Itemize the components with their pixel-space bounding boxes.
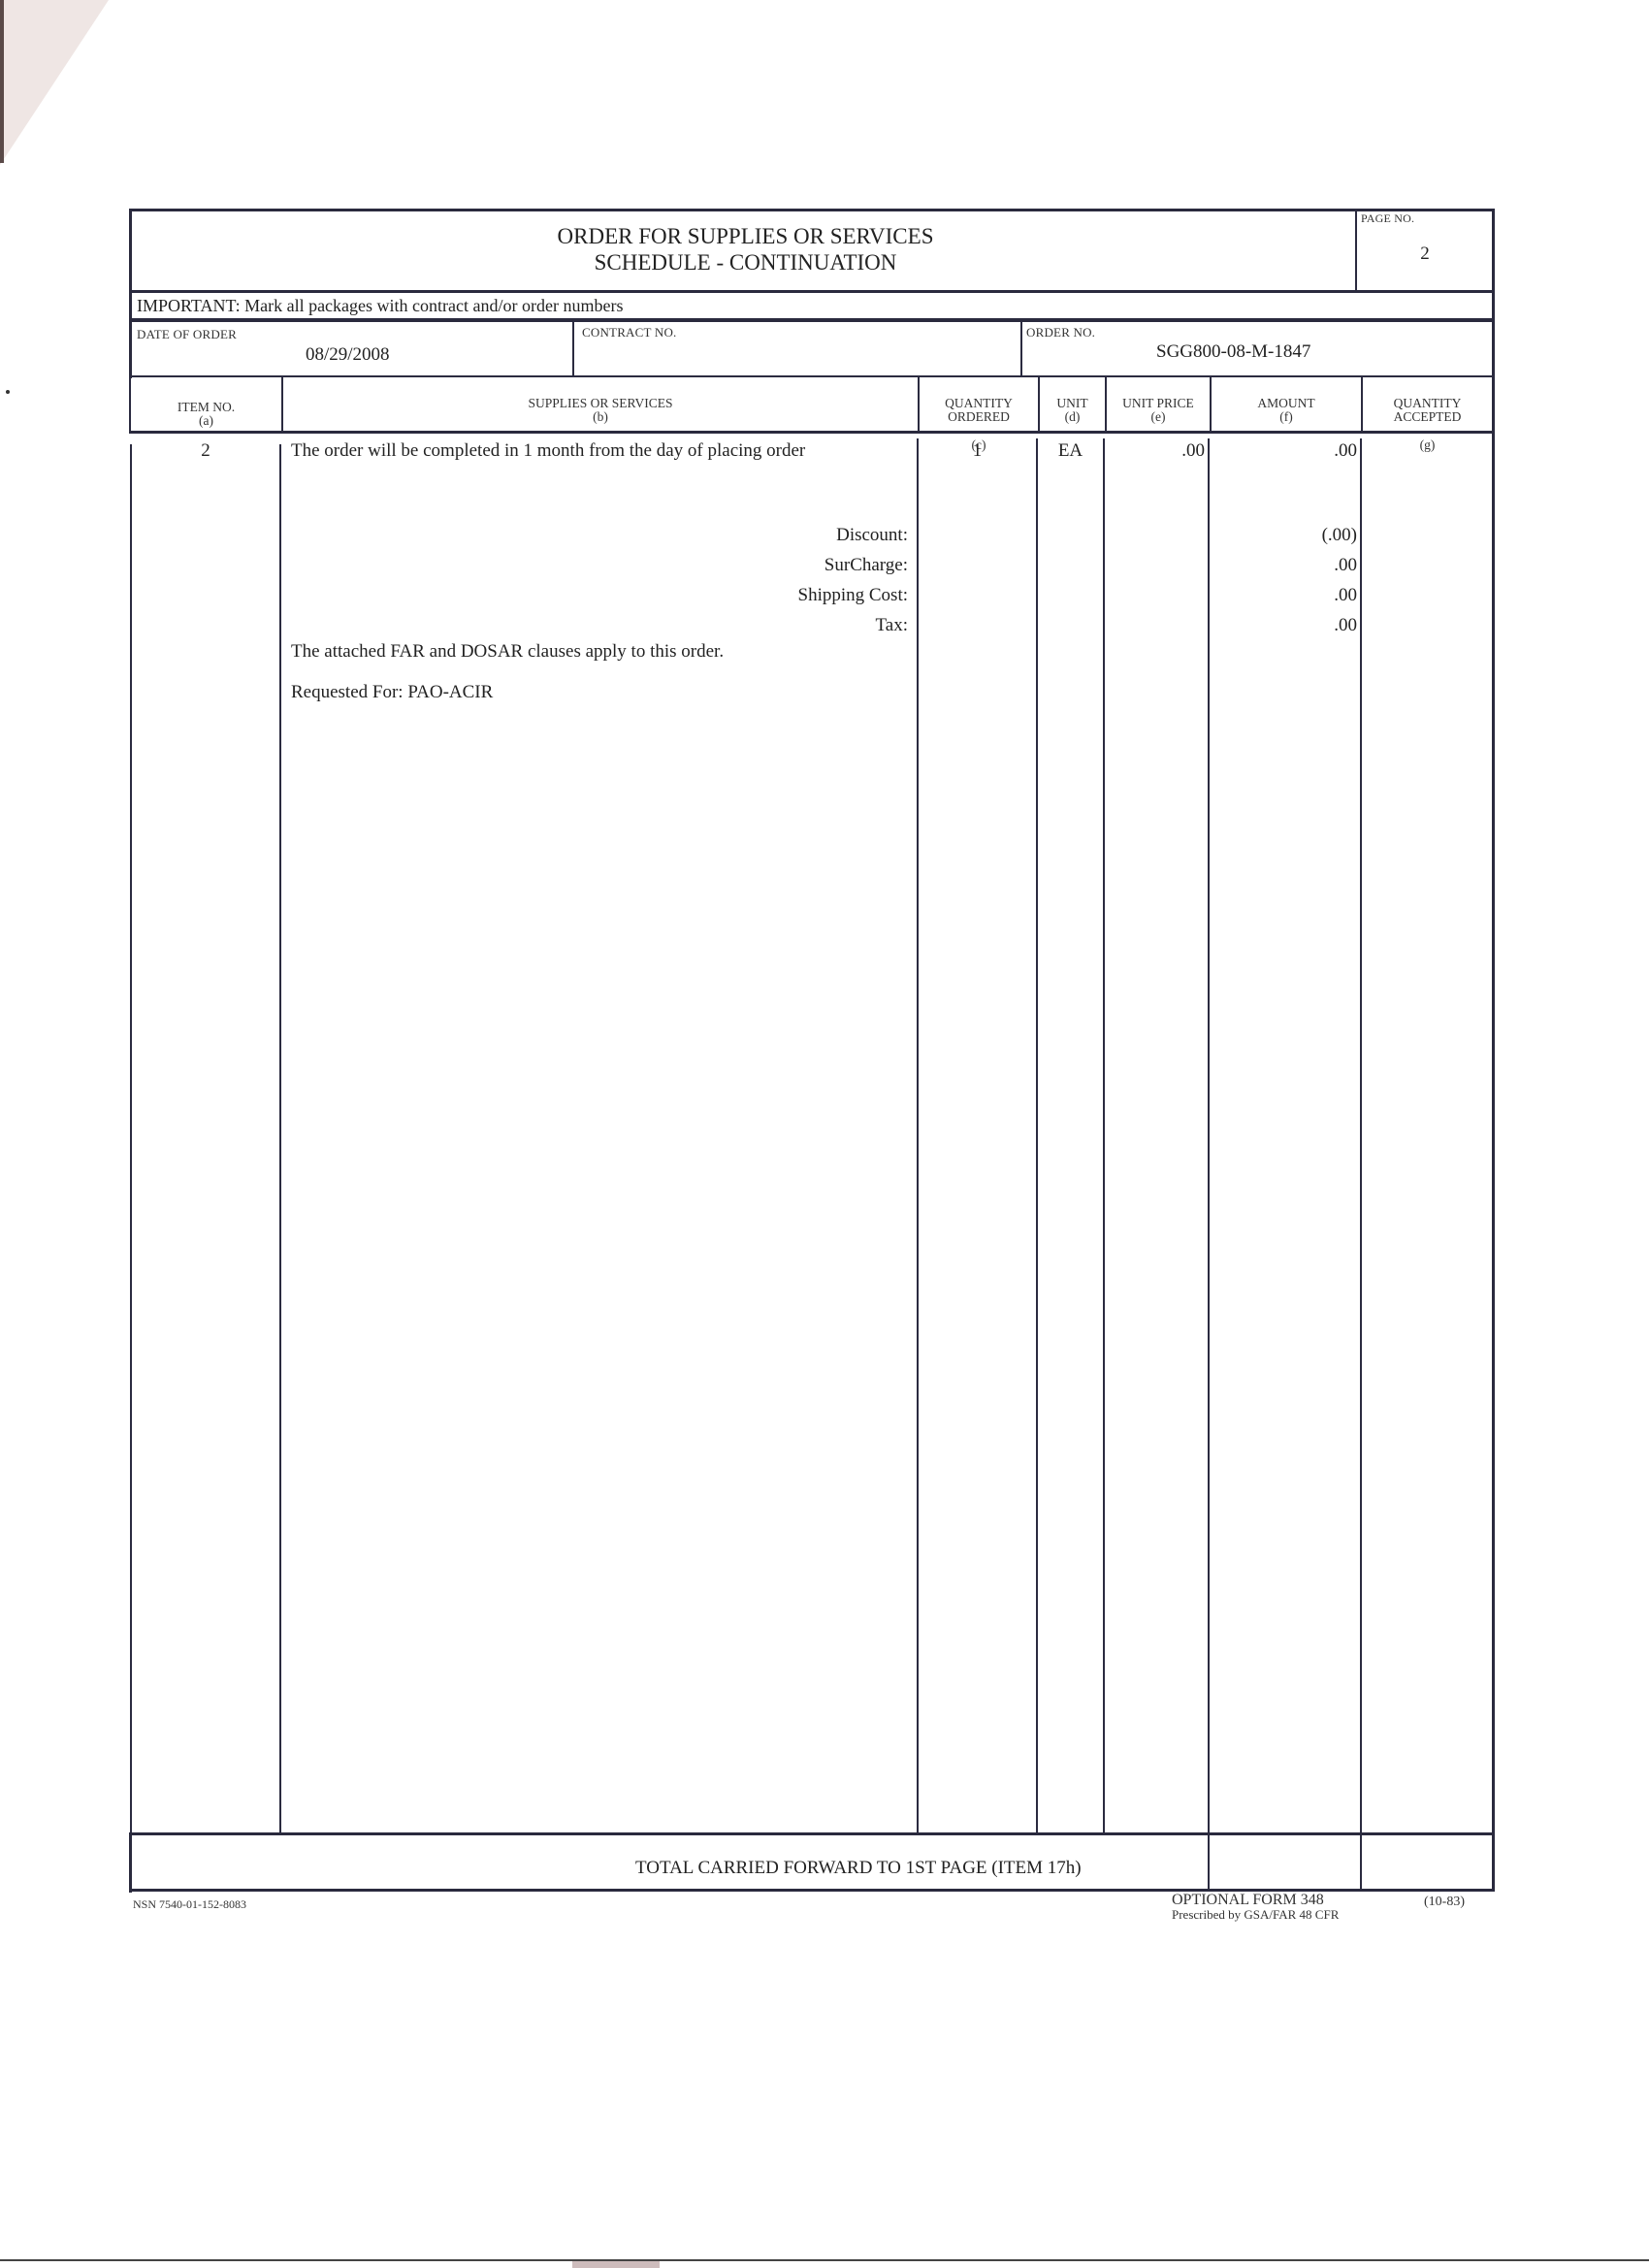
total-row-divider-accepted [1360,1833,1362,1892]
adjustment-label: Discount: [621,526,908,544]
form-title-line2: SCHEDULE - CONTINUATION [136,251,1355,274]
title-bottom-rule [129,290,1495,293]
body-divider-a-b [279,444,281,1834]
total-row-border-left [129,1832,132,1893]
requested-for-note: Requested For: PAO-ACIR [291,683,493,701]
contract-no-label: CONTRACT NO. [582,326,677,339]
body-divider-b-c [917,438,919,1834]
column-header-label: QUANTITY ACCEPTED [1363,397,1492,424]
column-header-label: ITEM NO. [131,401,281,414]
order-no-value: SGG800-08-M-1847 [1156,342,1310,361]
column-header-code: (b) [283,410,918,424]
column-header-code: (f) [1212,410,1361,424]
column-header-unit: UNIT (d) [1040,397,1105,424]
adjustment-amount: (.00) [1210,526,1357,544]
body-divider-e-f [1208,438,1210,1834]
clauses-note: The attached FAR and DOSAR clauses apply… [291,642,724,661]
unit-price-cell: .00 [1105,441,1205,460]
important-notice: IMPORTANT: Mark all packages with contra… [137,297,623,314]
total-row-divider-amount [1208,1833,1210,1892]
order-no-label: ORDER NO. [1026,326,1095,339]
adjustment-amount: .00 [1210,616,1357,634]
body-divider-f-g [1360,438,1362,1834]
column-header-label: UNIT PRICE [1107,397,1210,410]
prescribed-by: Prescribed by GSA/FAR 48 CFR [1172,1908,1339,1921]
body-border-left [130,444,132,1834]
page-no-value: 2 [1358,244,1492,263]
date-of-order-label: DATE OF ORDER [137,328,237,340]
body-divider-d-e [1103,438,1105,1834]
adjustment-amount: .00 [1210,586,1357,604]
column-header-item-no: ITEM NO. (a) [131,401,281,428]
adjustment-amount: .00 [1210,556,1357,574]
column-header-unit-price: UNIT PRICE (e) [1107,397,1210,424]
column-header-code: (d) [1040,410,1105,424]
form-border-right [1492,209,1495,1892]
form-border-left-header [129,209,132,378]
page-no-divider [1355,209,1357,292]
quantity-ordered-cell: 1 [919,441,1036,460]
column-header-code: (e) [1107,410,1210,424]
description-cell: The order will be completed in 1 month f… [291,441,805,460]
column-header-supplies: SUPPLIES OR SERVICES (b) [283,397,918,424]
scan-speck [6,390,10,394]
scan-smudge [572,2261,660,2268]
total-carried-forward-label: TOTAL CARRIED FORWARD TO 1ST PAGE (ITEM … [635,1859,1082,1877]
date-contract-divider [572,321,574,377]
info-bottom-rule [129,375,1495,377]
optional-form-date: (10-83) [1424,1895,1465,1909]
total-row-top-rule [129,1832,1495,1835]
column-header-label: QUANTITY ORDERED [920,397,1038,424]
form-border-top [129,209,1495,211]
column-header-label: SUPPLIES OR SERVICES [283,397,918,410]
column-header-label: AMOUNT [1212,397,1361,410]
column-header-quantity-accepted: QUANTITY ACCEPTED (g) [1363,383,1492,466]
column-header-label: UNIT [1040,397,1105,410]
adjustment-label: Shipping Cost: [621,586,908,604]
body-divider-c-d [1036,438,1038,1834]
nsn-number: NSN 7540-01-152-8083 [133,1898,246,1910]
page-no-label: PAGE NO. [1361,212,1414,224]
column-header-amount: AMOUNT (f) [1212,397,1361,424]
adjustment-label: Tax: [621,616,908,634]
adjustment-label: SurCharge: [621,556,908,574]
column-header-code: (a) [131,414,281,428]
header-bottom-rule [129,431,1495,434]
important-bottom-rule [129,318,1495,322]
contract-order-divider [1020,321,1022,377]
form-title-line1: ORDER FOR SUPPLIES OR SERVICES [136,225,1355,247]
optional-form-name: OPTIONAL FORM 348 [1172,1893,1324,1908]
amount-cell: .00 [1210,441,1357,460]
page-bottom-edge [0,2259,1649,2261]
unit-cell: EA [1038,441,1103,460]
column-header-code: (g) [1363,438,1492,452]
folded-page-corner [0,0,109,165]
date-of-order-value: 08/29/2008 [306,345,390,364]
page-corner-shadow [0,0,4,163]
item-no-cell: 2 [132,441,279,460]
